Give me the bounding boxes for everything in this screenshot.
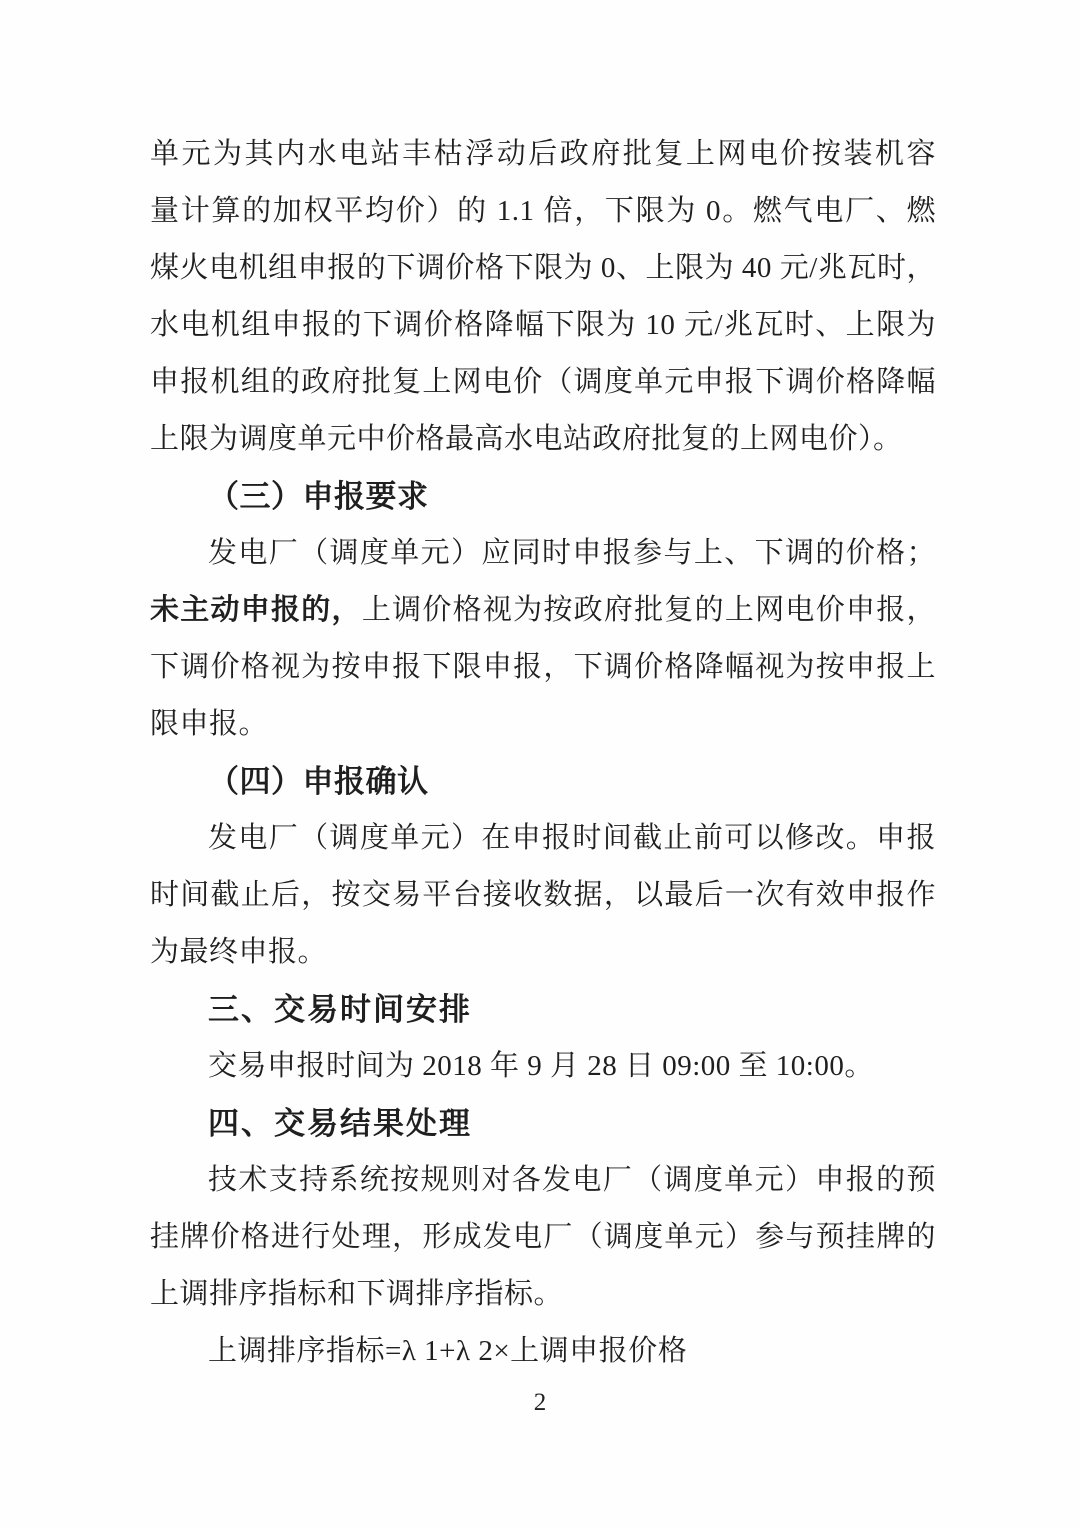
text-run: 上调价格视为按政府批复的上网电价申报， bbox=[362, 594, 936, 626]
heading-section-4-declaration-confirmation: （四）申报确认 bbox=[150, 753, 936, 810]
heading-section-3-declaration-requirements: （三）申报要求 bbox=[150, 468, 936, 525]
document-page: 单元为其内水电站丰枯浮动后政府批复上网电价按装机容 量计算的加权平均价）的 1.… bbox=[0, 0, 1080, 1527]
text-line: 上限为调度单元中价格最高水电站政府批复的上网电价）。 bbox=[150, 411, 936, 468]
document-body: 单元为其内水电站丰枯浮动后政府批复上网电价按装机容 量计算的加权平均价）的 1.… bbox=[150, 126, 936, 1380]
text-line: 挂牌价格进行处理，形成发电厂（调度单元）参与预挂牌的 bbox=[150, 1209, 936, 1266]
formula-line: 上调排序指标=λ 1+λ 2×上调申报价格 bbox=[150, 1323, 936, 1380]
text-line: 单元为其内水电站丰枯浮动后政府批复上网电价按装机容 bbox=[150, 126, 936, 183]
text-line: 上调排序指标和下调排序指标。 bbox=[150, 1266, 936, 1323]
bold-text-run: 未主动申报的， bbox=[150, 594, 362, 626]
text-line: 煤火电机组申报的下调价格下限为 0、上限为 40 元/兆瓦时， bbox=[150, 240, 936, 297]
heading-trading-result-processing: 四、交易结果处理 bbox=[150, 1095, 936, 1152]
text-line: 下调价格视为按申报下限申报，下调价格降幅视为按申报上 bbox=[150, 639, 936, 696]
text-line: 申报机组的政府批复上网电价（调度单元申报下调价格降幅 bbox=[150, 354, 936, 411]
text-line: 发电厂（调度单元）应同时申报参与上、下调的价格； bbox=[150, 525, 936, 582]
heading-trading-time-arrangement: 三、交易时间安排 bbox=[150, 981, 936, 1038]
text-line: 量计算的加权平均价）的 1.1 倍，下限为 0。燃气电厂、燃 bbox=[150, 183, 936, 240]
text-line: 水电机组申报的下调价格降幅下限为 10 元/兆瓦时、上限为 bbox=[150, 297, 936, 354]
text-line: 限申报。 bbox=[150, 696, 936, 753]
text-line: 发电厂（调度单元）在申报时间截止前可以修改。申报 bbox=[150, 810, 936, 867]
text-line: 为最终申报。 bbox=[150, 924, 936, 981]
text-line: 未主动申报的，上调价格视为按政府批复的上网电价申报， bbox=[150, 582, 936, 639]
text-line: 交易申报时间为 2018 年 9 月 28 日 09:00 至 10:00。 bbox=[150, 1038, 936, 1095]
text-line: 技术支持系统按规则对各发电厂（调度单元）申报的预 bbox=[150, 1152, 936, 1209]
page-number: 2 bbox=[0, 1388, 1080, 1418]
text-line: 时间截止后，按交易平台接收数据，以最后一次有效申报作 bbox=[150, 867, 936, 924]
